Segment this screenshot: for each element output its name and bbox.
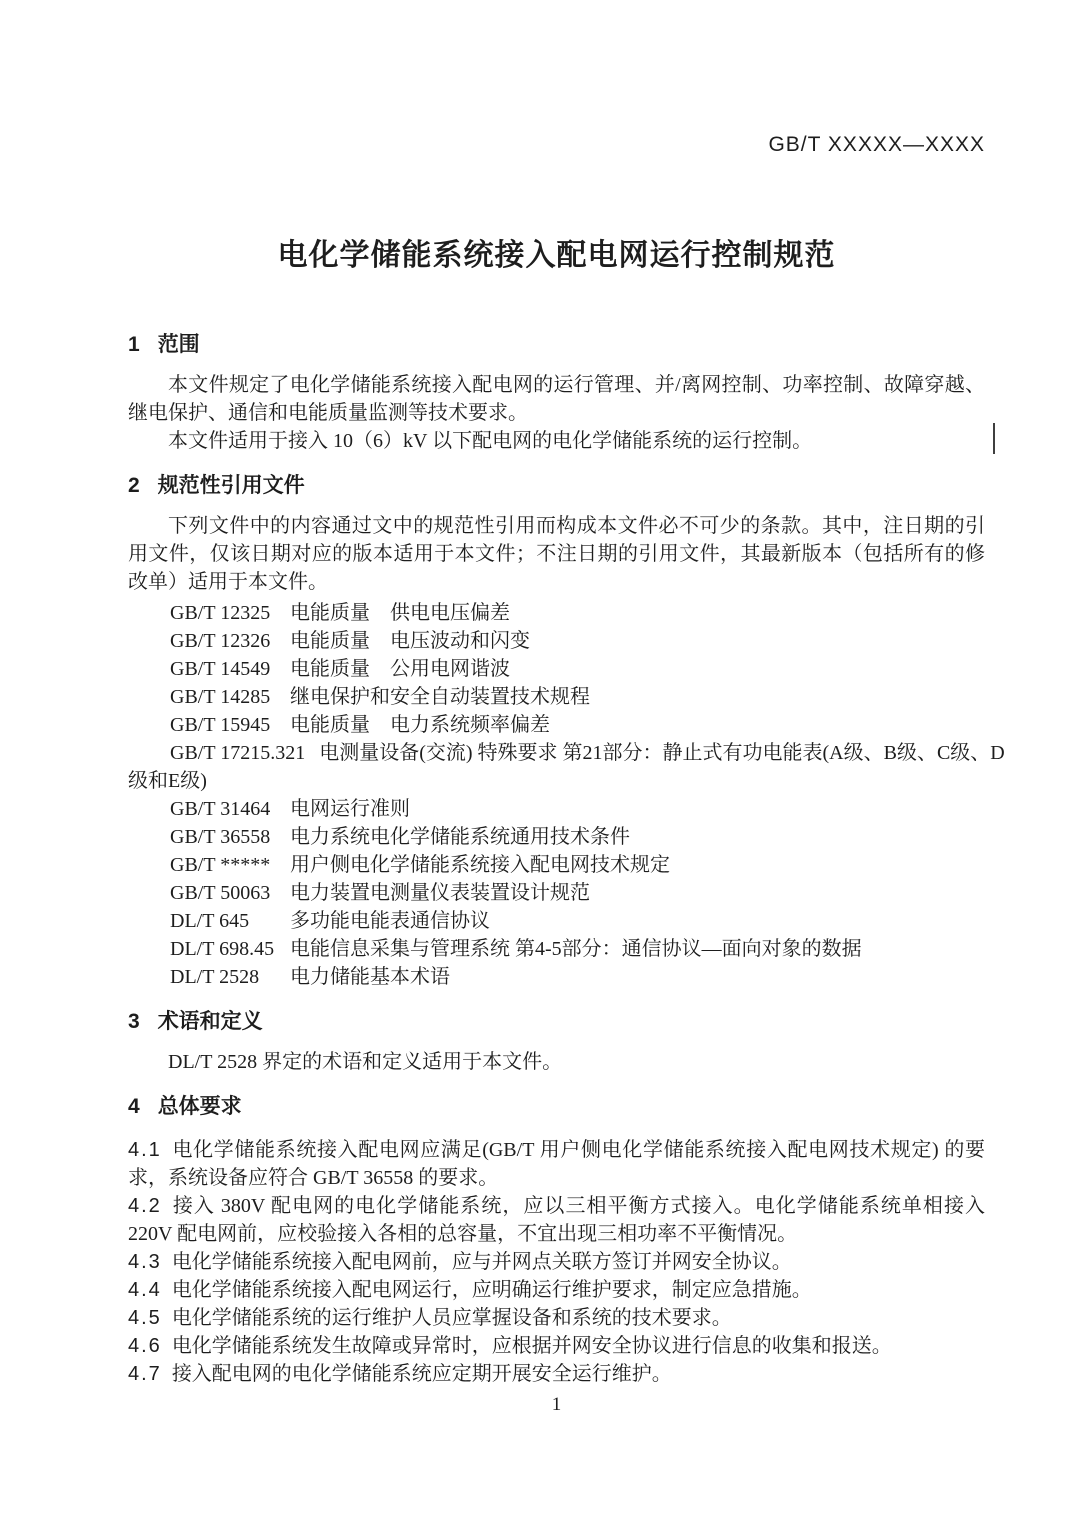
clause-number: 4.6 [128,1335,162,1357]
clause-item: 4.2接入 380V 配电网的电化学储能系统，应以三相平衡方式接入。电化学储能系… [128,1192,985,1248]
reference-title: 电网运行准则 [290,795,410,823]
paragraph: 下列文件中的内容通过文中的规范性引用而构成本文件必不可少的条款。其中，注日期的引… [128,512,985,596]
reference-code: DL/T 2528 [170,963,276,991]
clause-item: 4.6电化学储能系统发生故障或异常时，应根据并网安全协议进行信息的收集和报送。 [128,1332,985,1360]
clause-text: 电化学储能系统接入配电网前，应与并网点关联方签订并网安全协议。 [172,1251,792,1273]
reference-title: 电力系统电化学储能系统通用技术条件 [290,823,630,851]
reference-title-continuation: 级和E级) [128,767,985,795]
reference-title: 多功能电能表通信协议 [290,907,490,935]
document-page: GB/T XXXXX—XXXX 电化学储能系统接入配电网运行控制规范 1范围 本… [0,0,1080,1527]
section-3-body: DL/T 2528 界定的术语和定义适用于本文件。 [128,1048,985,1076]
clause-text: 接入 380V 配电网的电化学储能系统，应以三相平衡方式接入。电化学储能系统单相… [128,1195,985,1245]
clause-text: 电化学储能系统发生故障或异常时，应根据并网安全协议进行信息的收集和报送。 [172,1335,892,1357]
reference-code: GB/T 15945 [170,711,276,739]
section-number: 2 [128,473,140,499]
reference-title: 电能质量 电力系统频率偏差 [290,711,550,739]
paragraph: 本文件规定了电化学储能系统接入配电网的运行管理、并/离网控制、功率控制、故障穿越… [128,371,985,427]
reference-item: DL/T 645 多功能电能表通信协议 [128,907,985,935]
section-title: 总体要求 [158,1095,242,1118]
reference-title: 电能质量 供电电压偏差 [290,599,510,627]
reference-code: GB/T 50063 [170,879,276,907]
reference-code: GB/T 36558 [170,823,276,851]
section-heading-4: 4总体要求 [128,1094,985,1120]
clause-item: 4.3电化学储能系统接入配电网前，应与并网点关联方签订并网安全协议。 [128,1248,985,1276]
section-title: 范围 [158,333,200,356]
reference-code: GB/T 17215.321 [170,739,305,767]
reference-code: GB/T 31464 [170,795,276,823]
reference-title: 继电保护和安全自动装置技术规程 [290,683,590,711]
reference-code: GB/T 14549 [170,655,276,683]
reference-title: 用户侧电化学储能系统接入配电网技术规定 [290,851,670,879]
section-heading-1: 1范围 [128,332,985,358]
reference-item: DL/T 2528 电力储能基本术语 [128,963,985,991]
clause-number: 4.3 [128,1251,162,1273]
reference-title: 电力储能基本术语 [290,963,450,991]
clause-item: 4.1电化学储能系统接入配电网应满足(GB/T 用户侧电化学储能系统接入配电网技… [128,1136,985,1192]
reference-code: GB/T 12325 [170,599,276,627]
reference-item: GB/T 12326 电能质量 电压波动和闪变 [128,627,985,655]
standard-code-header: GB/T XXXXX—XXXX [128,133,985,157]
reference-title: 电力装置电测量仪表装置设计规范 [290,879,590,907]
paragraph: DL/T 2528 界定的术语和定义适用于本文件。 [128,1048,985,1076]
page-number: 1 [128,1392,985,1418]
section-number: 3 [128,1009,140,1035]
section-number: 1 [128,332,140,358]
section-title: 术语和定义 [158,1010,263,1033]
clause-item: 4.4电化学储能系统接入配电网运行，应明确运行维护要求，制定应急措施。 [128,1276,985,1304]
reference-item: DL/T 698.45 电能信息采集与管理系统 第4-5部分：通信协议—面向对象… [128,935,985,963]
reference-code: DL/T 645 [170,907,276,935]
reference-title: 电能信息采集与管理系统 第4-5部分：通信协议—面向对象的数据 [290,935,862,963]
reference-title: 电能质量 公用电网谐波 [290,655,510,683]
reference-item: GB/T 31464 电网运行准则 [128,795,985,823]
revision-change-bar [993,423,995,454]
section-1-body: 本文件规定了电化学储能系统接入配电网的运行管理、并/离网控制、功率控制、故障穿越… [128,371,985,455]
reference-title: 电测量设备(交流) 特殊要求 第21部分：静止式有功电能表(A级、B级、C级、D [319,739,1005,767]
paragraph: 本文件适用于接入 10（6）kV 以下配电网的电化学储能系统的运行控制。 [128,427,985,455]
reference-item: GB/T ***** 用户侧电化学储能系统接入配电网技术规定 [128,851,985,879]
clause-number: 4.2 [128,1195,162,1217]
section-2-intro: 下列文件中的内容通过文中的规范性引用而构成本文件必不可少的条款。其中，注日期的引… [128,512,985,596]
reference-code: GB/T 12326 [170,627,276,655]
reference-item: GB/T 17215.321 电测量设备(交流) 特殊要求 第21部分：静止式有… [128,739,985,767]
section-title: 规范性引用文件 [158,474,305,497]
clause-item: 4.5电化学储能系统的运行维护人员应掌握设备和系统的技术要求。 [128,1304,985,1332]
reference-item: GB/T 50063 电力装置电测量仪表装置设计规范 [128,879,985,907]
reference-code: DL/T 698.45 [170,935,276,963]
clause-text: 电化学储能系统的运行维护人员应掌握设备和系统的技术要求。 [172,1307,732,1329]
section-heading-3: 3术语和定义 [128,1009,985,1035]
reference-item: GB/T 15945 电能质量 电力系统频率偏差 [128,711,985,739]
clause-number: 4.1 [128,1139,162,1161]
clause-text: 电化学储能系统接入配电网应满足(GB/T 用户侧电化学储能系统接入配电网技术规定… [128,1139,985,1189]
clause-text: 接入配电网的电化学储能系统应定期开展安全运行维护。 [172,1363,672,1385]
section-number: 4 [128,1094,140,1120]
section-heading-2: 2规范性引用文件 [128,473,985,499]
reference-item: GB/T 14285 继电保护和安全自动装置技术规程 [128,683,985,711]
section-4-clauses: 4.1电化学储能系统接入配电网应满足(GB/T 用户侧电化学储能系统接入配电网技… [128,1136,985,1388]
clause-text: 电化学储能系统接入配电网运行，应明确运行维护要求，制定应急措施。 [172,1279,812,1301]
reference-item: GB/T 12325 电能质量 供电电压偏差 [128,599,985,627]
reference-code: GB/T 14285 [170,683,276,711]
clause-number: 4.5 [128,1307,162,1329]
reference-code: GB/T ***** [170,851,276,879]
reference-title: 电能质量 电压波动和闪变 [290,627,530,655]
reference-item: GB/T 14549 电能质量 公用电网谐波 [128,655,985,683]
clause-number: 4.4 [128,1279,162,1301]
document-title: 电化学储能系统接入配电网运行控制规范 [128,237,985,275]
clause-item: 4.7接入配电网的电化学储能系统应定期开展安全运行维护。 [128,1360,985,1388]
reference-item: GB/T 36558 电力系统电化学储能系统通用技术条件 [128,823,985,851]
clause-number: 4.7 [128,1363,162,1385]
normative-references-list: GB/T 12325 电能质量 供电电压偏差 GB/T 12326 电能质量 电… [128,599,985,991]
